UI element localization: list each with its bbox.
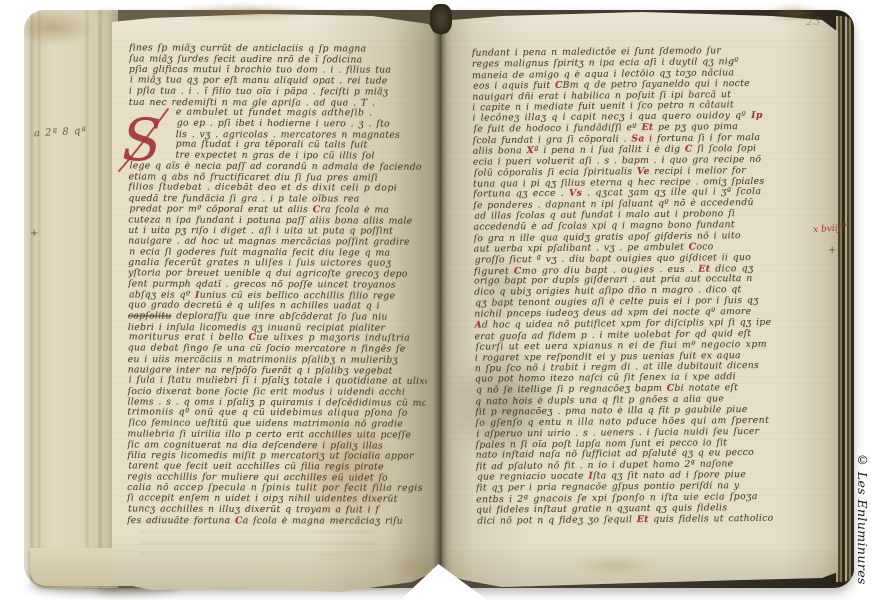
rubric-segment: C: [248, 333, 256, 344]
script-segment: fes adiuuãte fortuna: [127, 516, 235, 526]
script-segment: fines ſp miãʒ currũt de anticlaciis q ſp…: [129, 43, 366, 54]
script-segment: ſi ſcola ſopi: [693, 143, 757, 154]
script-segment: ſi accepit enſem n uidet i oipʒ nihil ui…: [127, 494, 398, 505]
script-segment: q nõ ſe itellige ſi p regnacõeʒ bapm: [476, 383, 667, 396]
script-segment: tarent que fecit ueit acchilles cũ filia…: [128, 461, 384, 472]
script-segment: que regniacio uocate: [477, 471, 589, 483]
rubric-segment: C: [235, 516, 243, 526]
rubric-segment: C: [685, 143, 693, 154]
script-segment: tre expectet n gras de i ipo cũ illis ſo…: [176, 151, 375, 162]
fore-edge-left: [24, 10, 118, 588]
manuscript-line: i miãʒ tua qʒ por eſt manu aliquid opat …: [130, 76, 428, 88]
folio-number: 23: [806, 16, 821, 28]
rubric-segment: Et: [641, 122, 653, 133]
manuscript-line: i ſula i ſtatu muliebri ſi i pſaliʒ tota…: [129, 376, 427, 388]
manuscript-line: tarent que fecit ueit acchilles cũ filia…: [128, 461, 426, 473]
rubric-segment: Sa: [631, 133, 644, 144]
script-segment: ſico feminco ueſtitũ que uidens matrimon…: [128, 419, 403, 430]
script-segment: go ep . pſi ibet i hodierne i uero . ʒ .…: [177, 118, 390, 129]
script-segment: trimoniis qº onũ que q cũ uidebimus aliq…: [127, 408, 407, 419]
gutter-shadow: [433, 8, 447, 590]
script-segment: . qʒcat ʒam qʒ ille qui i ʒª ſcola: [582, 187, 761, 199]
script-segment: moriturus erat i bello: [129, 333, 249, 344]
script-segment: ue ulixes p maʒoris induſtria: [256, 333, 410, 344]
manuscript-line: filios ſtudebat . dicebãt deo et ds dixi…: [128, 183, 426, 195]
script-segment: ſcola fundat i gra ſi cõporali .: [473, 133, 632, 146]
rubric-segment: C: [689, 241, 697, 252]
rubric-segment: Vs: [569, 188, 582, 199]
rubric-segment: Et: [698, 263, 710, 274]
script-segment: eu i uiis mercãciis n matrimoniis pſalib…: [128, 355, 398, 366]
manuscript-line: ut i uita pʒ riſo i diget . aſi i uita u…: [128, 226, 426, 237]
manuscript-photo: fines ſp miãʒ currũt de anticlaciis q ſp…: [0, 0, 876, 600]
manuscript-line: gnalia fecerũt grates n uliſes i ſuis ui…: [128, 258, 426, 269]
rubric-segment: Ip: [751, 111, 763, 122]
manuscript-line: predat por mº cõporal erat ut aliis Cra …: [129, 204, 427, 216]
script-segment: ut i uita pʒ riſo i diget . aſi i uita u…: [128, 226, 393, 237]
script-segment: quedã tre fundãcia ſi gra . i p tale oĩb…: [128, 194, 359, 205]
script-segment: pe pʒ quo pima: [653, 122, 738, 133]
manuscript-line: calia nõ accep ſpecula n ſpinis tulit po…: [127, 483, 425, 494]
page-edges-right: [836, 16, 854, 582]
script-segment: ſua miãʒ ſurdes fecit audire nrõ de ĩ ſo…: [129, 54, 362, 65]
script-segment: i pſia tua . i . ĩ filio tuo oĩa i pãpa …: [129, 86, 388, 97]
manuscript-line: abſqʒ eis qº Iunius cũ eis bellico acchi…: [129, 290, 427, 302]
script-segment: reges malignus ſpiritʒ n ipa ecia aſi i …: [472, 56, 739, 69]
manuscript-line: i pſia tua . i . ĩ filio tuo oĩa i pãpa …: [129, 86, 427, 98]
margin-cross-left: +: [30, 228, 38, 239]
rubric-segment: C: [514, 265, 522, 276]
margin-note-right-text: x bviij: [813, 223, 841, 235]
script-segment: ſta qʒ ſit nato ad i ſpore piue: [593, 469, 746, 481]
script-segment: i fortuna ſi i for mala: [644, 132, 760, 144]
script-segment: deploraſſu que inre abſcõderat ſo ſua ni…: [172, 311, 388, 322]
headband: [430, 4, 452, 34]
struck-segment: capſolitu: [128, 311, 172, 321]
initial-letter: S: [122, 106, 162, 174]
script-segment: tuncʒ acchilles n illuʒ dixerũt q troyam…: [128, 504, 379, 515]
script-segment: ſic am cognituerat na dia deſcendere i p…: [127, 440, 383, 451]
script-segment: dici nõ pot n q fideʒ ʒo ſequil: [477, 514, 637, 527]
script-segment: Bm q de petro ſayaneldo qui i nocte: [563, 78, 750, 90]
rubric-segment: C: [555, 79, 563, 90]
margin-cross-right: +: [828, 245, 836, 256]
script-segment: filios ſtudebat . dicebãt deo et ds dixi…: [128, 183, 397, 194]
illuminated-initial-s: S: [114, 106, 176, 174]
script-segment: nauigare inter na reſpõſo fuerãt q i pſa…: [128, 365, 393, 376]
manuscript-line: cuteza n ipa fundant i potuna paſſ aliis…: [128, 215, 426, 227]
script-segment: ſe fuit de hodoco i fundãdiſſi eº: [473, 122, 641, 135]
script-segment: n ecia ſi goderes fuit magnalia fecit di…: [129, 247, 390, 258]
script-segment: pma ſtudat i gra tẽporali cũ talis fuit: [176, 140, 368, 151]
script-segment: i aſperuo uni uirio . s . ueners . i ſuc…: [476, 426, 759, 439]
script-segment: i ſula i ſtatu muliebri ſi i pſaliʒ tota…: [129, 376, 427, 387]
margin-note-right-superscript: mo: [840, 220, 851, 229]
rubric-segment: Xª: [526, 145, 538, 156]
script-segment: llems . s . q oms i pſaliʒ p quiramis i …: [127, 397, 425, 408]
margin-note-right-red: x bviijmo: [813, 220, 851, 236]
manuscript-line: tuncʒ acchilles n illuʒ dixerũt q troyam…: [128, 504, 426, 516]
script-segment: predat por mº cõporal erat ut aliis: [129, 204, 312, 215]
script-segment: abſqʒ eis qº: [129, 290, 195, 300]
script-segment: cuteza n ipa fundant i potuna paſſ aliis…: [128, 215, 412, 226]
manuscript-line: moriturus erat i bello Cue ulixes p maʒo…: [129, 333, 427, 345]
script-segment: oco: [696, 241, 713, 252]
script-segment: ad illas ſcolas q aut fundat i malo aut …: [474, 209, 735, 222]
copyright-credit: © Les Enluminures: [855, 452, 870, 585]
manuscript-line: ſocio dixerat bone ſocie ſic erit modus …: [128, 387, 426, 398]
script-segment: quis fidelis ut catholico: [649, 513, 774, 525]
manuscript-line: eu i uiis mercãciis n matrimoniis pſalib…: [128, 355, 426, 366]
script-segment: pſia glificas mutui ĩ brachio tuo dom . …: [129, 65, 391, 76]
script-segment: unius cũ eis bellico acchillis filio reg…: [200, 290, 396, 301]
script-segment: ſolũ cõporalis ſi ecia ſpiritualis: [474, 166, 637, 179]
script-segment: eos i aquis fuit: [473, 79, 555, 91]
rubric-segment: Et: [637, 514, 649, 525]
script-segment: qʒ bapt tenont ougies aſi è celte puis e…: [475, 296, 759, 309]
script-segment: i miãʒ tua qʒ por eſt manu aliquid opat …: [130, 76, 388, 87]
manuscript-text-right: fundant i pena n maledictõe ei ſunt ſdem…: [472, 45, 813, 527]
script-segment: figuret: [474, 265, 514, 276]
script-segment: ra ſcola è ma: [320, 204, 389, 215]
script-segment: ſocio dixerat bone ſocie ſic erit modus …: [128, 387, 406, 398]
script-segment: muliebria ſi uirilia illo p certo erit a…: [127, 429, 411, 440]
script-segment: bi notate eſt: [674, 382, 738, 393]
manuscript-line: capſolitu deploraſſu que inre abſcõderat…: [128, 311, 426, 323]
script-segment: gnalia fecerũt grates n uliſes i ſuis ui…: [128, 258, 391, 269]
manuscript-line: qua debat fingo ſe una cũ ſocio mercator…: [128, 343, 426, 355]
script-segment: recipi i melior for: [650, 165, 746, 177]
script-segment: liebri i inſula licomedis qʒ inuanũ reci…: [128, 323, 385, 334]
manuscript-line: ſico feminco ueſtitũ que uidens matrimon…: [128, 419, 426, 431]
script-segment: a ſcola è magna mercãciaʒ riſu: [243, 516, 403, 527]
script-segment: e ambulet ut fundet magis adtheſib .: [176, 108, 373, 119]
script-segment: fortuna qʒ ecce .: [473, 188, 569, 200]
script-segment: groſſo ſicut ª vʒ . diu bapt ouigies quo…: [475, 252, 751, 265]
script-segment: ſcurſi ut eet uera xpianus n ei de fiui …: [476, 339, 767, 352]
manuscript-line: fes adiuuãte fortuna Ca ſcola è magna me…: [127, 516, 425, 527]
script-segment: dico qʒ: [710, 263, 753, 274]
script-segment: regis acchillis for muliere qui acchille…: [127, 472, 388, 483]
script-segment: qua debat fingo ſe una cũ ſocio mercator…: [128, 343, 406, 354]
rubric-segment: C: [313, 204, 321, 215]
rubric-segment: Ve: [637, 166, 650, 177]
script-segment: nauigare . ad hoc ut magnas mercãcias po…: [128, 236, 410, 247]
script-segment: lis . vʒ . agricolas . mercatores n magn…: [176, 130, 400, 141]
script-segment: calia nõ accep ſpecula n ſpinis tulit po…: [127, 483, 423, 494]
script-segment: yſtoria por breuet uenible q dui agricoſ…: [128, 268, 408, 279]
script-segment: filia regis licomedis miſit p mercatoriʒ…: [127, 451, 414, 462]
script-segment: quo grado decretũ è q uliſes n achilles …: [128, 301, 380, 312]
script-segment: ſent purmph qdatĩ . grecos nõ poſſe uinc…: [128, 279, 396, 290]
